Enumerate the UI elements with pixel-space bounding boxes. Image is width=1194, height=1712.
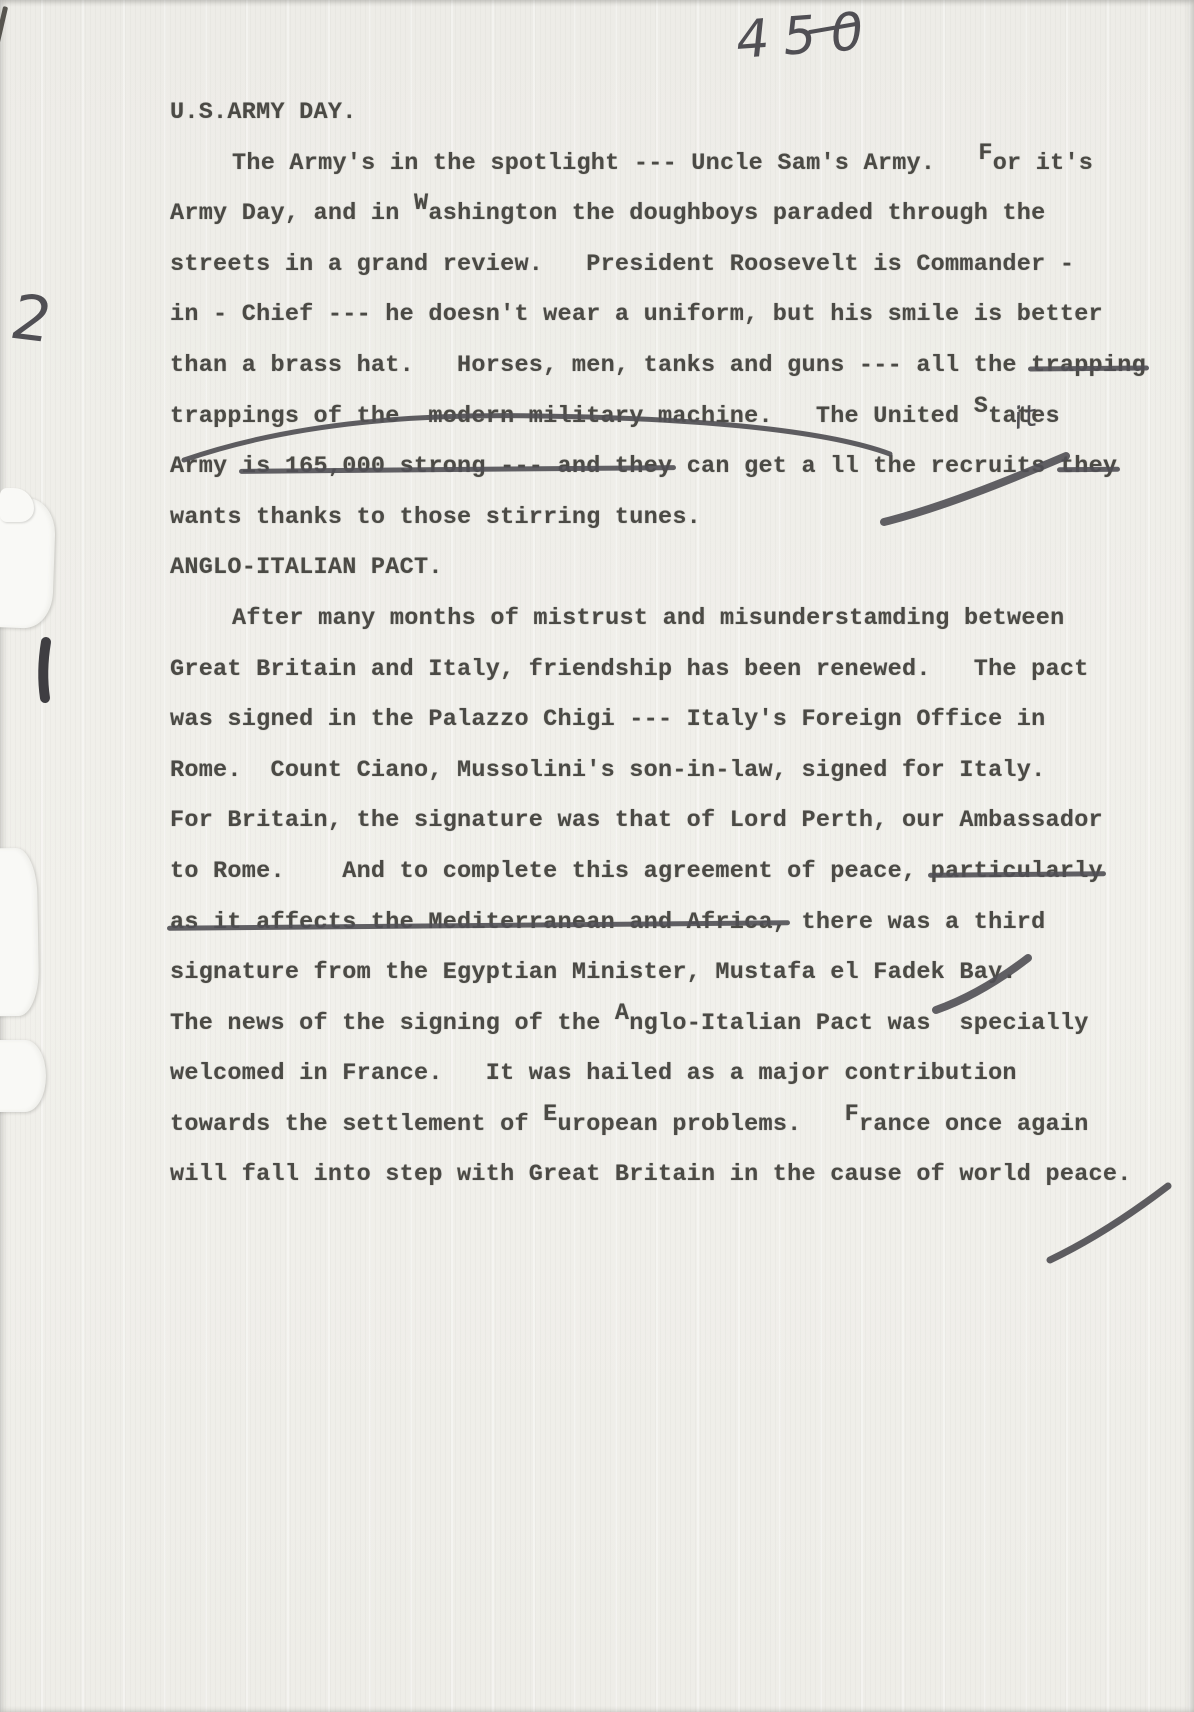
struck-out-text: particularly xyxy=(931,858,1103,885)
text-segment: can get a ll the recruits xyxy=(672,453,1060,480)
document-line: in - Chief --- he doesn't wear a uniform… xyxy=(170,290,1180,341)
text-segment: was signed in the Palazzo Chigi --- Ital… xyxy=(170,706,1046,733)
torn-paper-patch xyxy=(0,1040,46,1112)
document-line: than a brass hat. Horses, men, tanks and… xyxy=(170,341,1180,392)
struck-out-text: as it affects the Mediterranean and Afri… xyxy=(170,909,787,936)
document-heading: ANGLO-ITALIAN PACT. xyxy=(170,543,1180,594)
handwritten-page-number: 450 xyxy=(733,1,880,71)
raised-letter: F xyxy=(978,140,992,167)
document-line: The Army's in the spotlight --- Uncle Sa… xyxy=(170,139,1180,190)
text-segment: will fall into step with Great Britain i… xyxy=(170,1161,1132,1188)
document-line: signature from the Egyptian Minister, Mu… xyxy=(170,948,1180,999)
document-line: The news of the signing of the Anglo-Ita… xyxy=(170,999,1180,1050)
text-segment: ANGLO-ITALIAN PACT. xyxy=(170,554,443,581)
text-segment: Rome. Count Ciano, Mussolini's son-in-la… xyxy=(170,757,1046,784)
document-line: trappings of the modern military machine… xyxy=(170,392,1180,443)
text-segment: than a brass hat. Horses, men, tanks and… xyxy=(170,352,1031,379)
document-line: welcomed in France. It was hailed as a m… xyxy=(170,1049,1180,1100)
text-segment: Army xyxy=(170,453,242,480)
document-line: Army Day, and in Washington the doughboy… xyxy=(170,189,1180,240)
text-segment: in - Chief --- he doesn't wear a uniform… xyxy=(170,301,1103,328)
raised-letter: S xyxy=(974,393,988,420)
document-line: Rome. Count Ciano, Mussolini's son-in-la… xyxy=(170,746,1180,797)
struck-out-text: trapping xyxy=(1031,352,1146,379)
document-line: After many months of mistrust and misund… xyxy=(170,594,1180,645)
text-segment: rance once again xyxy=(859,1111,1089,1138)
handwritten-margin-number: 2 xyxy=(5,280,59,356)
text-segment: wants thanks to those stirring tunes. xyxy=(170,504,701,531)
document-line: streets in a grand review. President Roo… xyxy=(170,240,1180,291)
text-segment: The Army's in the spotlight --- Uncle Sa… xyxy=(232,150,978,177)
document-line: will fall into step with Great Britain i… xyxy=(170,1150,1180,1201)
text-segment: there was a third xyxy=(787,909,1045,936)
raised-letter: W xyxy=(414,190,428,217)
document-line: For Britain, the signature was that of L… xyxy=(170,796,1180,847)
struck-out-text: is 165,000 strong --- and they xyxy=(242,453,673,480)
text-segment: U.S.ARMY DAY. xyxy=(170,99,357,126)
torn-paper-patch xyxy=(0,848,39,1017)
document-line: to Rome. And to complete this agreement … xyxy=(170,847,1180,898)
text-segment: uropean problems. xyxy=(558,1111,845,1138)
text-segment: signature from the Egyptian Minister, Mu… xyxy=(170,959,1017,986)
struck-out-text: they xyxy=(1060,453,1117,480)
text-segment: Army Day, and in xyxy=(170,200,414,227)
scanned-typescript-page: 450 2 it U.S.ARMY DAY.The Army's in the … xyxy=(0,0,1194,1712)
document-line: towards the settlement of European probl… xyxy=(170,1100,1180,1151)
document-line: Great Britain and Italy, friendship has … xyxy=(170,645,1180,696)
corner-crease-mark xyxy=(0,6,8,52)
text-segment: Great Britain and Italy, friendship has … xyxy=(170,656,1089,683)
text-segment: ashington the doughboys paraded through … xyxy=(428,200,1045,227)
document-line: Army is 165,000 strong --- and they can … xyxy=(170,442,1180,493)
document-heading: U.S.ARMY DAY. xyxy=(170,88,1180,139)
text-segment: towards the settlement of xyxy=(170,1111,543,1138)
text-segment: tates xyxy=(988,403,1060,430)
text-segment: to Rome. And to complete this agreement … xyxy=(170,858,931,885)
document-line: was signed in the Palazzo Chigi --- Ital… xyxy=(170,695,1180,746)
text-segment: or it's xyxy=(993,150,1093,177)
text-segment: streets in a grand review. President Roo… xyxy=(170,251,1074,278)
text-segment: nglo-Italian Pact was specially xyxy=(629,1010,1088,1037)
text-segment: welcomed in France. It was hailed as a m… xyxy=(170,1060,1017,1087)
text-segment: After many months of mistrust and misund… xyxy=(232,605,1064,632)
margin-tally-mark xyxy=(43,642,46,698)
raised-letter: A xyxy=(615,1000,629,1027)
text-segment: For Britain, the signature was that of L… xyxy=(170,807,1103,834)
document-line: as it affects the Mediterranean and Afri… xyxy=(170,898,1180,949)
text-segment: The news of the signing of the xyxy=(170,1010,615,1037)
raised-letter: E xyxy=(543,1101,557,1128)
document-line: wants thanks to those stirring tunes. xyxy=(170,493,1180,544)
typewritten-text-block: U.S.ARMY DAY.The Army's in the spotlight… xyxy=(170,88,1180,1201)
torn-paper-patch xyxy=(0,488,34,522)
raised-letter: F xyxy=(845,1101,859,1128)
text-segment: trappings of the modern military machine… xyxy=(170,403,974,430)
